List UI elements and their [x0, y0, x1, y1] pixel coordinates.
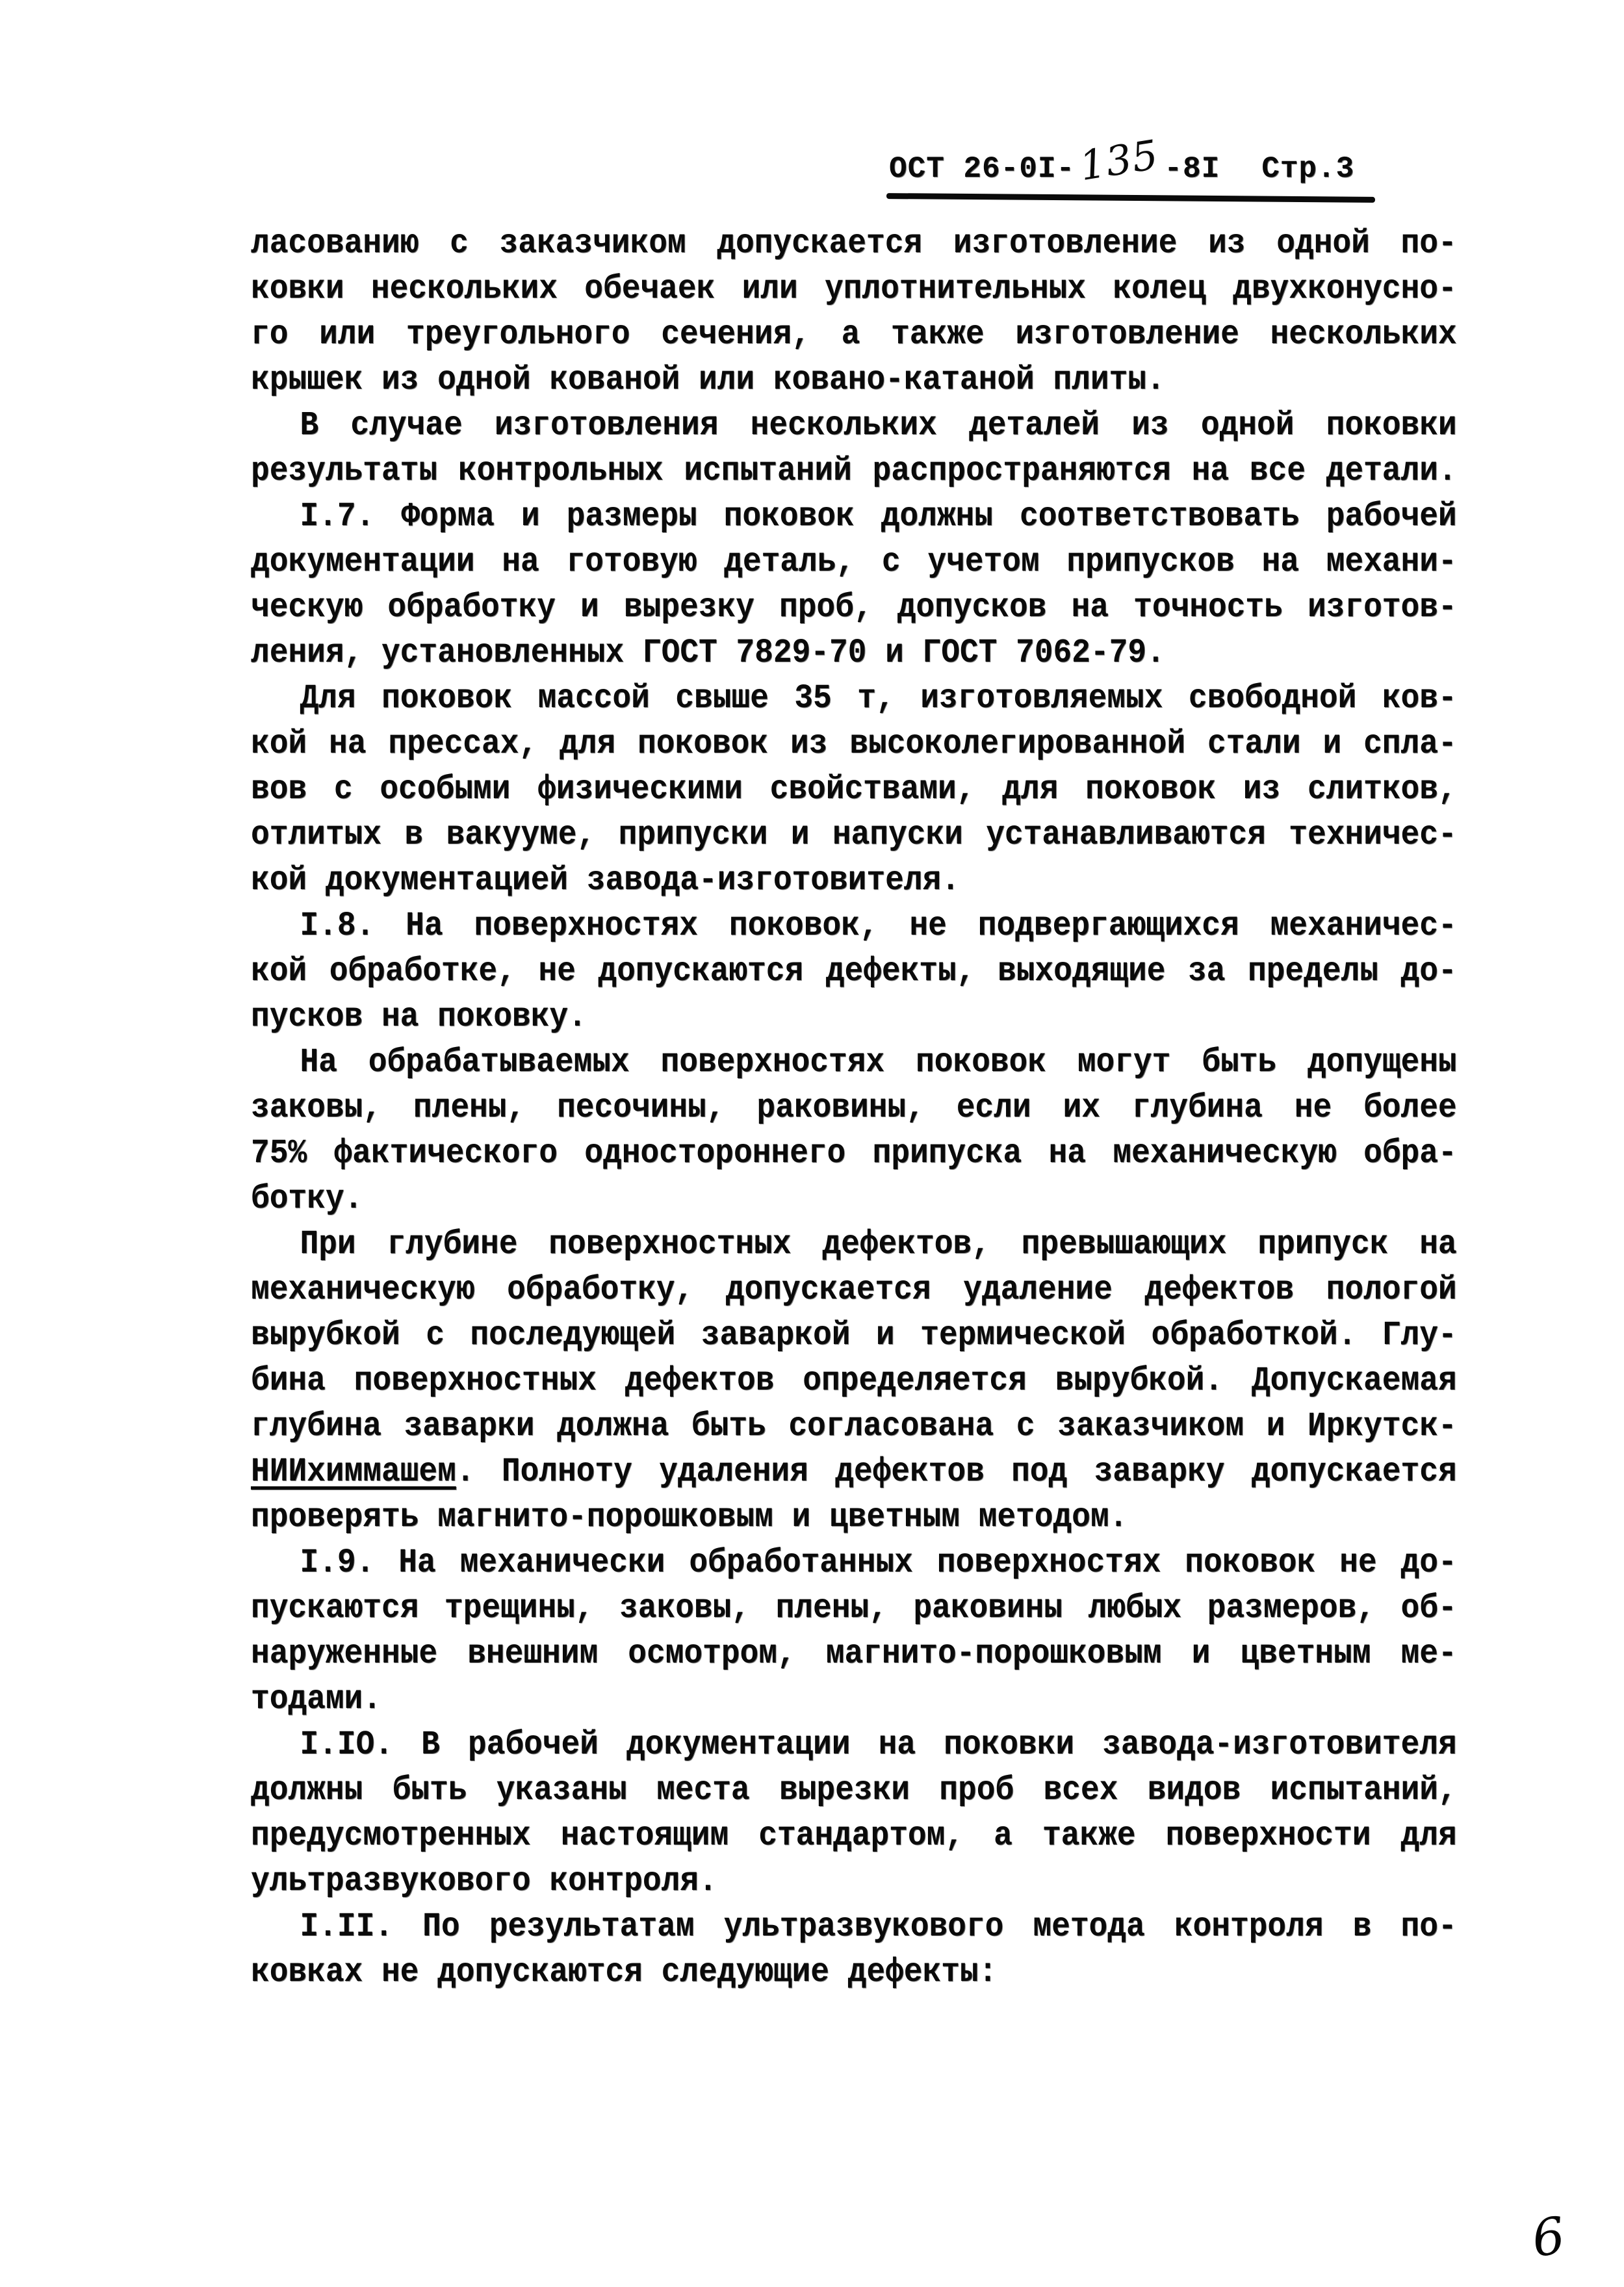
handwritten-page-number: 6 — [1528, 2206, 1569, 2269]
text-line: ласованию с заказчиком допускается изгот… — [251, 221, 1457, 266]
text-line: В случае изготовления нескольких деталей… — [251, 403, 1457, 448]
text-line: 75% фактического одностороннего припуска… — [251, 1131, 1457, 1176]
text-line: ультразвукового контроля. — [251, 1859, 1457, 1904]
text-line: пусков на поковку. — [251, 994, 1457, 1040]
text-line: ления, установленных ГОСТ 7829-70 и ГОСТ… — [251, 630, 1457, 676]
text-line: пускаются трещины, заковы, плены, ракови… — [251, 1586, 1457, 1631]
text-line: отлитых в вакууме, припуски и напуски ус… — [251, 812, 1457, 858]
text-line: I.9. На механически обработанных поверхн… — [251, 1540, 1457, 1586]
underlined-term: НИИхиммашем — [251, 1453, 456, 1491]
text-line: крышек из одной кованой или ковано-катан… — [251, 357, 1457, 403]
document-header: ОСТ 26-0I-135-8IСтр.3 — [889, 152, 1354, 186]
scanned-page: ОСТ 26-0I-135-8IСтр.3 ласованию с заказч… — [0, 0, 1624, 2287]
text-line: ческую обработку и вырезку проб, допуско… — [251, 585, 1457, 630]
text-line: механическую обработку, допускается удал… — [251, 1267, 1457, 1313]
standard-number-suffix: -8I — [1164, 152, 1220, 186]
document-body: ласованию с заказчиком допускается изгот… — [251, 221, 1457, 1995]
standard-number-handwritten: 135 — [1080, 155, 1158, 167]
text-line: предусмотренных настоящим стандартом, а … — [251, 1813, 1457, 1859]
text-line: кой документацией завода-изготовителя. — [251, 858, 1457, 903]
standard-number-prefix: ОСТ 26-0I- — [889, 152, 1075, 186]
header-underline-rule — [886, 193, 1375, 203]
text-line: Для поковок массой свыше 35 т, изготовля… — [251, 676, 1457, 721]
text-line: документации на готовую деталь, с учетом… — [251, 539, 1457, 585]
text-line: I.8. На поверхностях поковок, не подверг… — [251, 903, 1457, 949]
page-number-label: Стр.3 — [1261, 152, 1354, 186]
text-line: заковы, плены, песочины, раковины, если … — [251, 1085, 1457, 1131]
text-line: I.IO. В рабочей документации на поковки … — [251, 1722, 1457, 1768]
text-line: НИИхиммашем. Полноту удаления дефектов п… — [251, 1449, 1457, 1495]
text-line: ковки нескольких обечаек или уплотнитель… — [251, 266, 1457, 312]
text-line: ковках не допускаются следующие дефекты: — [251, 1950, 1457, 1995]
text-line: кой обработке, не допускаются дефекты, в… — [251, 949, 1457, 994]
text-line: должны быть указаны места вырезки проб в… — [251, 1768, 1457, 1813]
text-line: бина поверхностных дефектов определяется… — [251, 1358, 1457, 1404]
text-line: вырубкой с последующей заваркой и термич… — [251, 1313, 1457, 1358]
text-line: результаты контрольных испытаний распрос… — [251, 448, 1457, 494]
text-line: кой на прессах, для поковок из высоколег… — [251, 721, 1457, 767]
text-line: I.7. Форма и размеры поковок должны соот… — [251, 494, 1457, 539]
text-line: тодами. — [251, 1677, 1457, 1722]
text-line: вов с особыми физическими свойствами, дл… — [251, 767, 1457, 812]
text-line: глубина заварки должна быть согласована … — [251, 1404, 1457, 1449]
text-line: го или треугольного сечения, а также изг… — [251, 312, 1457, 357]
text-line: наруженные внешним осмотром, магнито-пор… — [251, 1631, 1457, 1677]
text-line: проверять магнито-порошковым и цветным м… — [251, 1495, 1457, 1540]
text-line: I.II. По результатам ультразвукового мет… — [251, 1904, 1457, 1950]
text-line: ботку. — [251, 1176, 1457, 1222]
text-line: При глубине поверхностных дефектов, прев… — [251, 1222, 1457, 1267]
text-line: На обрабатываемых поверхностях поковок м… — [251, 1040, 1457, 1085]
